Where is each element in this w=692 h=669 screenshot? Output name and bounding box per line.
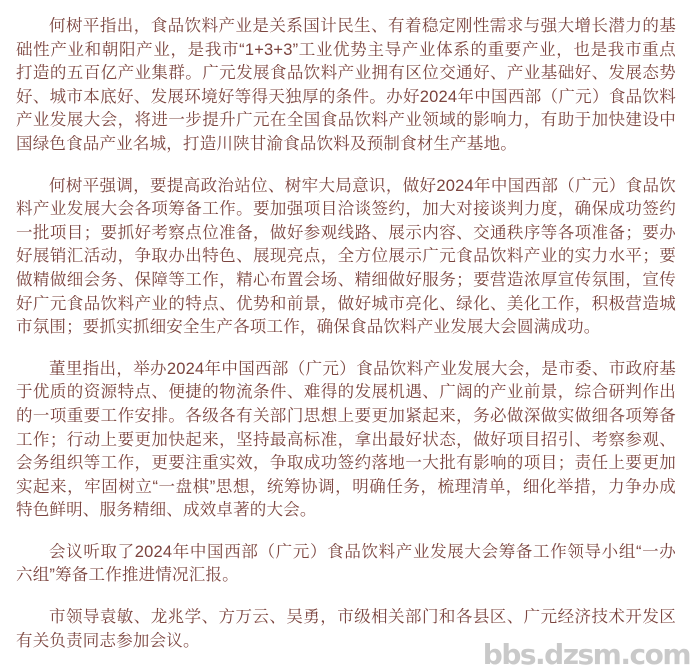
paragraph-1: 何树平指出，食品饮料产业是关系国计民生、有着稳定刚性需求与强大增长潜力的基础性产… — [16, 15, 676, 157]
paragraph-4: 会议听取了2024年中国西部（广元）食品饮料产业发展大会筹备工作领导小组“一办六… — [16, 541, 676, 588]
paragraph-3: 董里指出，举办2024年中国西部（广元）食品饮料产业发展大会，是市委、市政府基于… — [16, 358, 676, 523]
article-body: 何树平指出，食品饮料产业是关系国计民生、有着稳定刚性需求与强大增长潜力的基础性产… — [16, 0, 676, 669]
paragraph-2: 何树平强调，要提高政治站位、树牢大局意识，做好2024年中国西部（广元）食品饮料… — [16, 175, 676, 340]
site-watermark: bbs.dzsm.com — [483, 641, 690, 669]
